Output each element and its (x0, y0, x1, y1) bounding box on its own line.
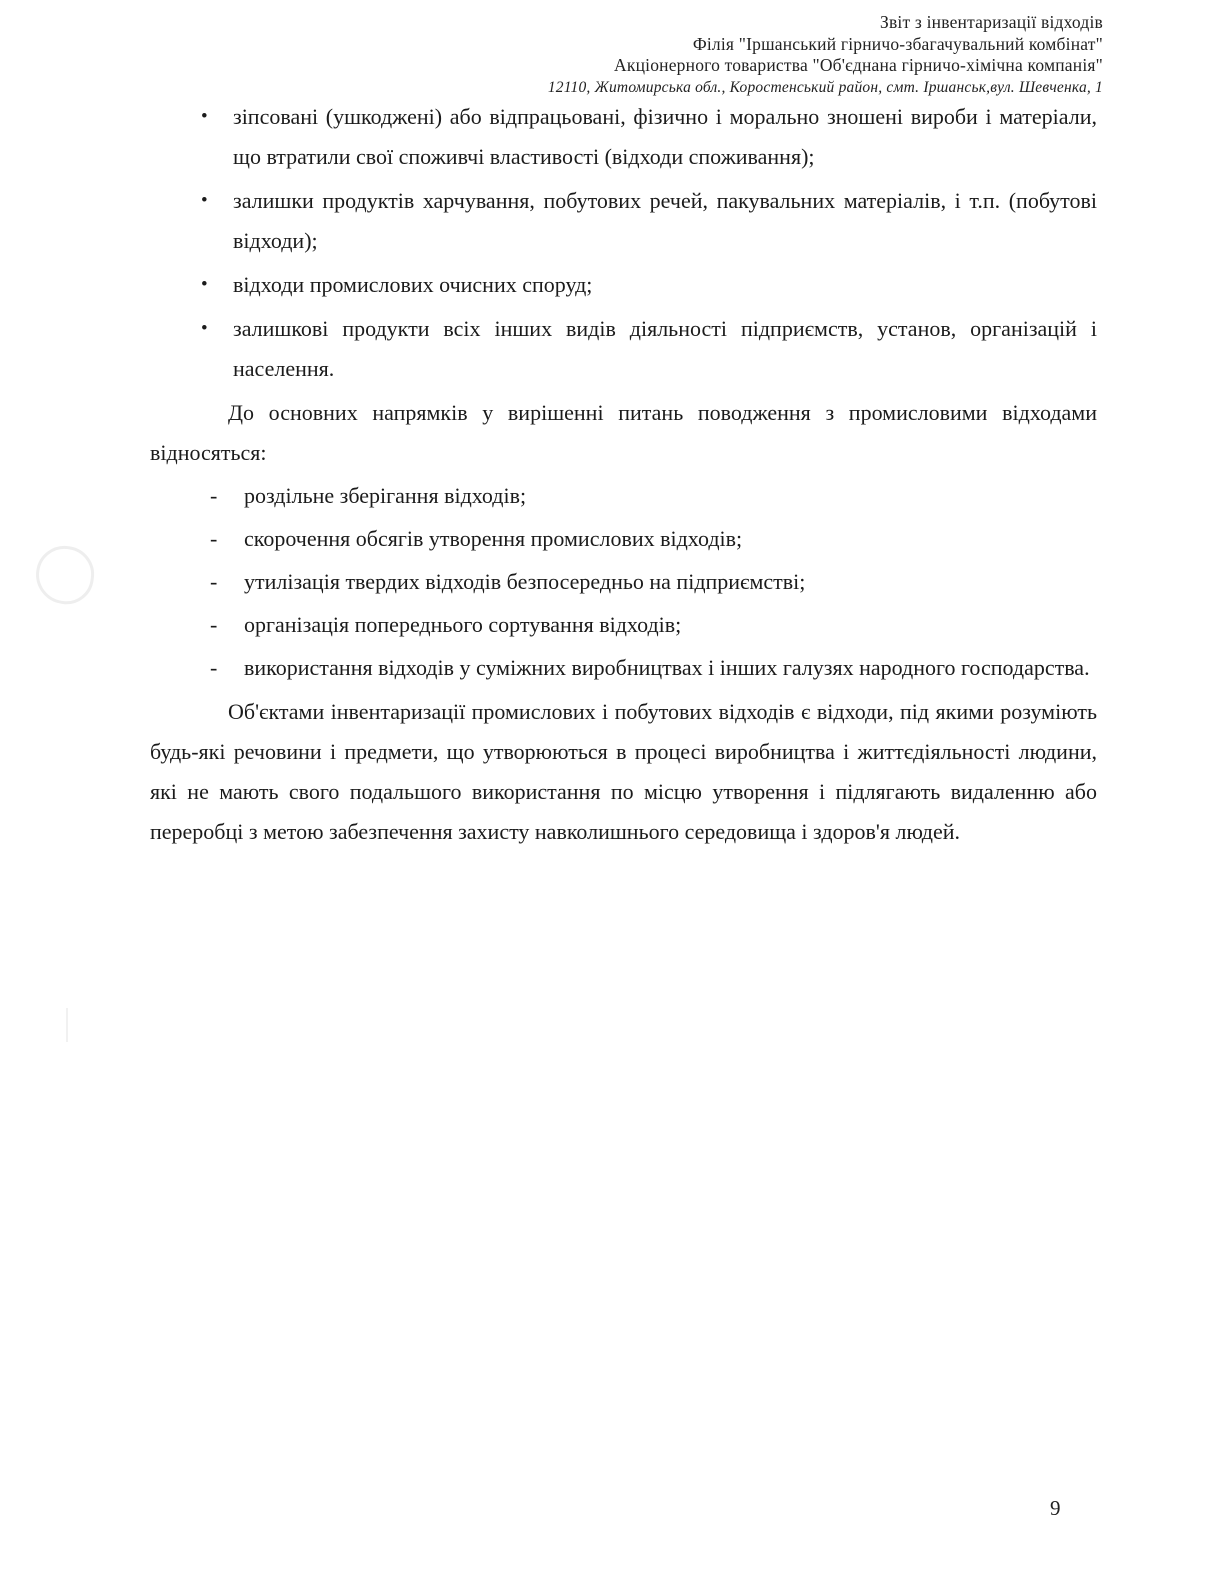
bullet-text: зіпсовані (ушкоджені) або відпрацьовані,… (233, 97, 1097, 177)
bullet-list: • зіпсовані (ушкоджені) або відпрацьован… (150, 97, 1097, 389)
dash-text: організація попереднього сортування відх… (244, 605, 1097, 645)
list-item: - скорочення обсягів утворення промислов… (150, 519, 1097, 559)
list-item: • залишки продуктів харчування, побутови… (150, 181, 1097, 261)
page-number: 9 (1050, 1496, 1061, 1521)
dash-text: роздільне зберігання відходів; (244, 476, 1097, 516)
header-branch-name: Філія "Іршанський гірничо-збагачувальний… (150, 34, 1103, 56)
bullet-icon: • (201, 181, 233, 261)
dash-icon: - (210, 519, 244, 559)
document-body: • зіпсовані (ушкоджені) або відпрацьован… (150, 97, 1097, 855)
bullet-icon: • (201, 97, 233, 177)
intro-paragraph: До основних напрямків у вирішенні питань… (150, 393, 1097, 473)
dash-text: скорочення обсягів утворення промислових… (244, 519, 1097, 559)
dash-icon: - (210, 562, 244, 602)
list-item: • залишкові продукти всіх інших видів ді… (150, 309, 1097, 389)
bullet-text: залишкові продукти всіх інших видів діял… (233, 309, 1097, 389)
dash-list: - роздільне зберігання відходів; - скоро… (150, 476, 1097, 688)
dash-icon: - (210, 476, 244, 516)
dash-text: утилізація твердих відходів безпосереднь… (244, 562, 1097, 602)
dash-text: використання відходів у суміжних виробни… (244, 648, 1097, 688)
closing-paragraph: Об'єктами інвентаризації промислових і п… (150, 692, 1097, 852)
scan-artifact-line (66, 1008, 68, 1042)
header-company-name: Акціонерного товариства "Об'єднана гірни… (150, 55, 1103, 77)
list-item: • відходи промислових очисних споруд; (150, 265, 1097, 305)
header-address: 12110, Житомирська обл., Коростенський р… (150, 77, 1103, 99)
list-item: - роздільне зберігання відходів; (150, 476, 1097, 516)
header-report-title: Звіт з інвентаризації відходів (150, 12, 1103, 34)
bullet-icon: • (201, 265, 233, 305)
bullet-text: відходи промислових очисних споруд; (233, 265, 1097, 305)
scan-artifact-circle (32, 542, 98, 608)
bullet-text: залишки продуктів харчування, побутових … (233, 181, 1097, 261)
dash-icon: - (210, 648, 244, 688)
bullet-icon: • (201, 309, 233, 389)
list-item: - утилізація твердих відходів безпосеред… (150, 562, 1097, 602)
list-item: - організація попереднього сортування ві… (150, 605, 1097, 645)
document-page: Звіт з інвентаризації відходів Філія "Ір… (0, 0, 1219, 1574)
dash-icon: - (210, 605, 244, 645)
list-item: • зіпсовані (ушкоджені) або відпрацьован… (150, 97, 1097, 177)
document-header: Звіт з інвентаризації відходів Філія "Ір… (150, 12, 1103, 98)
list-item: - використання відходів у суміжних вироб… (150, 648, 1097, 688)
